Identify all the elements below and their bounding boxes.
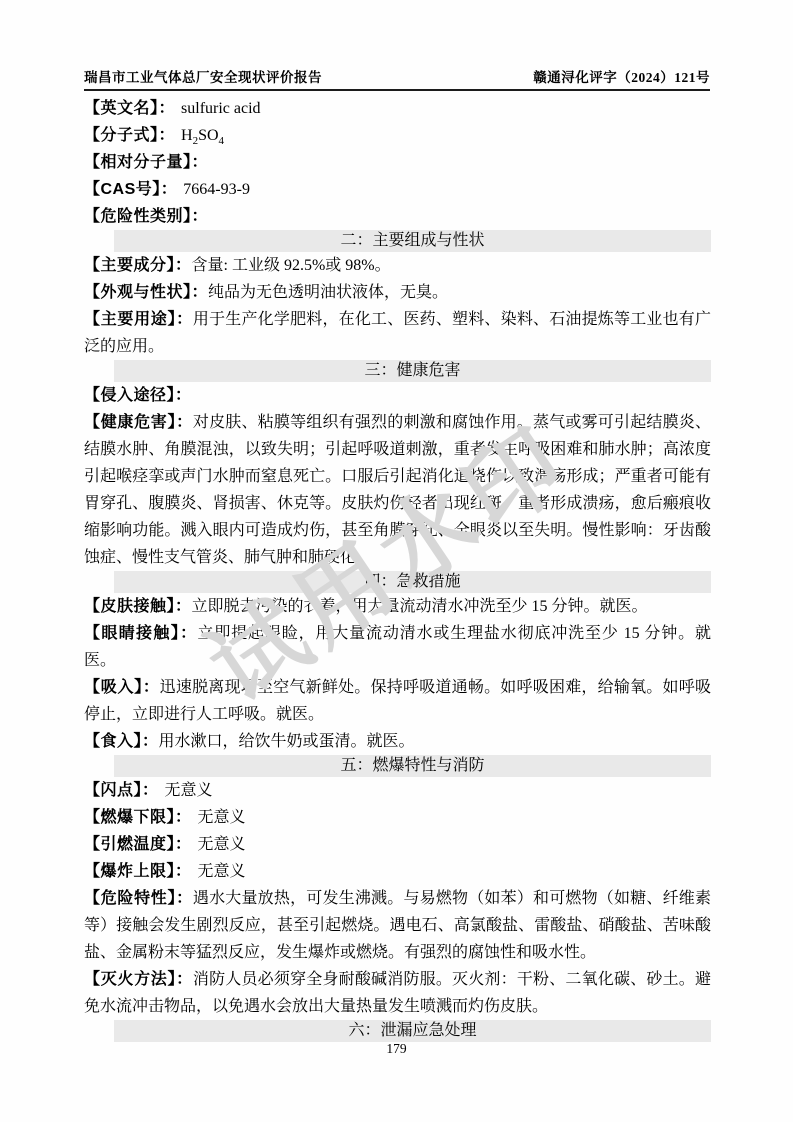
field-fire-fighting-methods: 【灭火方法】：消防人员必须穿全身耐酸碱消防服。灭火剂：干粉、二氧化碳、砂土。避免… — [84, 966, 711, 1020]
field-hazardous-characteristics: 【危险特性】：遇水大量放热，可发生沸溅。与易燃物（如苯）和可燃物（如糖、纤维素等… — [84, 885, 711, 966]
field-skin-contact: 【皮肤接触】：立即脱去污染的衣着，用大量流动清水冲洗至少 15 分钟。就医。 — [84, 593, 711, 620]
field-english-name: 【英文名】：sulfuric acid — [84, 95, 711, 122]
field-label: 【危险性类别】： — [84, 208, 208, 225]
field-main-uses: 【主要用途】：用于生产化学肥料，在化工、医药、塑料、染料、石油提炼等工业也有广泛… — [84, 306, 711, 360]
section-title-health-hazard: 三：健康危害 — [114, 360, 711, 382]
section-title-first-aid: 四：急救措施 — [114, 571, 711, 593]
field-ignition-temperature: 【引燃温度】：无意义 — [84, 831, 711, 858]
document-body: 【英文名】：sulfuric acid 【分子式】：H2SO4 【相对分子量】：… — [84, 95, 711, 1042]
field-flash-point: 【闪点】：无意义 — [84, 777, 711, 804]
field-health-hazard: 【健康危害】：对皮肤、粘膜等组织有强烈的刺激和腐蚀作用。蒸气或雾可引起结膜炎、结… — [84, 409, 711, 571]
field-relative-molecular-mass: 【相对分子量】： — [84, 149, 711, 176]
header-doc-number: 赣通浔化评字（2024）121号 — [533, 66, 710, 86]
field-label: 【英文名】： — [84, 100, 175, 117]
field-lower-explosive-limit: 【燃爆下限】：无意义 — [84, 804, 711, 831]
field-main-component: 【主要成分】：含量: 工业级 92.5%或 98%。 — [84, 252, 711, 279]
field-appearance: 【外观与性状】：纯品为无色透明油状液体，无臭。 — [84, 279, 711, 306]
section-title-composition: 二：主要组成与性状 — [114, 230, 711, 252]
field-label: 【分子式】： — [84, 127, 175, 144]
field-ingestion: 【食入】：用水漱口，给饮牛奶或蛋清。就医。 — [84, 728, 711, 755]
field-entry-routes: 【侵入途径】： — [84, 382, 711, 409]
document-page: 试用水印 瑞昌市工业气体总厂安全现状评价报告 赣通浔化评字（2024）121号 … — [0, 0, 793, 1122]
field-value: sulfuric acid — [181, 100, 261, 117]
field-label: 【CAS号】： — [84, 181, 177, 198]
section-title-fire-explosion: 五：燃爆特性与消防 — [114, 755, 711, 777]
page-number: 179 — [0, 1041, 793, 1057]
header-report-title: 瑞昌市工业气体总厂安全现状评价报告 — [84, 66, 322, 86]
field-eye-contact: 【眼睛接触】：立即提起眼睑，用大量流动清水或生理盐水彻底冲洗至少 15 分钟。就… — [84, 620, 711, 674]
field-molecular-formula: 【分子式】：H2SO4 — [84, 122, 711, 149]
field-value: 7664-93-9 — [183, 181, 250, 198]
section-title-leak-emergency: 六：泄漏应急处理 — [114, 1020, 711, 1042]
field-cas-number: 【CAS号】：7664-93-9 — [84, 176, 711, 203]
chemical-formula: H2SO4 — [181, 127, 224, 144]
field-inhalation: 【吸入】：迅速脱离现场至空气新鲜处。保持呼吸道通畅。如呼吸困难，给输氧。如呼吸停… — [84, 674, 711, 728]
page-header: 瑞昌市工业气体总厂安全现状评价报告 赣通浔化评字（2024）121号 — [84, 66, 710, 91]
field-upper-explosive-limit: 【爆炸上限】：无意义 — [84, 858, 711, 885]
field-hazard-class: 【危险性类别】： — [84, 203, 711, 230]
field-label: 【相对分子量】： — [84, 154, 208, 171]
